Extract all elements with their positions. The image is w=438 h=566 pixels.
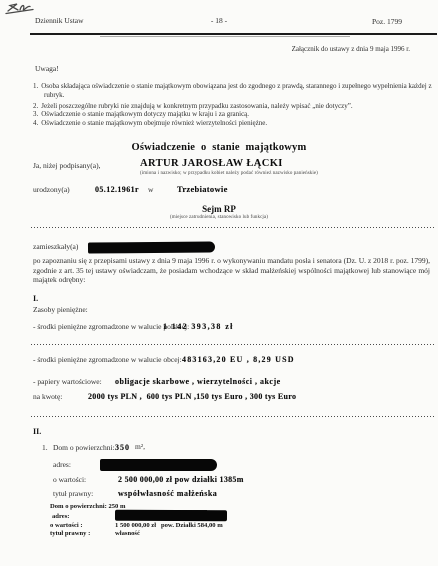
notice-item-number: 2. bbox=[33, 102, 38, 110]
foreign-funds-label: - środki pieniężne zgromadzone w walucie… bbox=[33, 356, 182, 365]
document-page: Dziennik Ustaw - 18 - Poz. 1799 Załączni… bbox=[0, 0, 438, 566]
house1-value-label: o wartości: bbox=[53, 476, 86, 485]
residence-label: zamieszkały(a) bbox=[33, 243, 78, 252]
house1-item-number: 1. bbox=[42, 444, 48, 453]
house2-label: Dom o powierzchni: 250 m bbox=[50, 503, 125, 511]
section-2-number: II. bbox=[33, 427, 41, 436]
house2-legal-title: własność bbox=[115, 530, 140, 538]
notice-item-text: Osoba składająca oświadczenie o stanie m… bbox=[41, 82, 431, 99]
dotted-separator bbox=[31, 344, 436, 346]
attachment-note: Załącznik do ustawy z dnia 9 maja 1996 r… bbox=[292, 45, 410, 53]
handwritten-mark-icon bbox=[5, 1, 39, 17]
securities-value: obligacje skarbowe , wierzytelności , ak… bbox=[115, 377, 281, 386]
foreign-funds-value: 483163,20 EU , 8,29 USD bbox=[182, 355, 295, 364]
notice-item-text: Oświadczenie o stanie majątkowym dotyczy… bbox=[41, 110, 249, 118]
house1-label: Dom o powierzchni: bbox=[53, 444, 115, 453]
dotted-separator bbox=[31, 416, 436, 418]
birth-place: Trzebiatowie bbox=[177, 185, 228, 195]
header-rule bbox=[30, 33, 437, 35]
name-caption: (imiona i nazwisko; w przypadku kobiet n… bbox=[140, 171, 318, 177]
declarant-name: ARTUR JAROSŁAW ŁĄCKI bbox=[140, 158, 283, 170]
notice-item: 4.Oświadczenie o stanie majątkowym obejm… bbox=[33, 119, 438, 128]
intro-label: Ja, niżej podpisany(a), bbox=[33, 162, 100, 171]
house2-legal-title-label: tytuł prawny : bbox=[50, 530, 90, 538]
section-1-number: I. bbox=[33, 294, 38, 303]
declaration-paragraph: po zapoznaniu się z przepisami ustawy z … bbox=[33, 256, 430, 285]
workplace-caption: (miejsce zatrudnienia, stanowisko lub fu… bbox=[0, 215, 438, 221]
house2-value-label: o wartości : bbox=[50, 522, 83, 530]
house2-address-label: adres: bbox=[52, 513, 69, 521]
document-title: Oświadczenie o stanie majątkowym bbox=[0, 142, 438, 154]
pln-funds-value: 1 142 393,38 zł bbox=[163, 322, 234, 331]
redaction-bar-house2-address bbox=[115, 510, 227, 522]
house1-area-unit: m², bbox=[135, 443, 145, 452]
notice-item-text: Jeżeli poszczególne rubryki nie znajdują… bbox=[41, 102, 352, 110]
header-rule-shadow bbox=[100, 36, 350, 37]
notice-item-text: Oświadczenie o stanie majątkowym obejmuj… bbox=[41, 119, 267, 127]
workplace: Sejm RP bbox=[0, 204, 438, 214]
notice-heading: Uwaga! bbox=[35, 65, 59, 74]
house1-address-label: adres: bbox=[53, 461, 71, 470]
section-1-heading: Zasoby pieniężne: bbox=[33, 306, 88, 315]
birth-date: 05.12.1961r bbox=[95, 185, 139, 194]
house2-label-text: Dom o powierzchni: bbox=[50, 503, 107, 510]
born-in-label: w bbox=[148, 186, 153, 195]
amount-label: na kwotę: bbox=[33, 393, 62, 402]
notice-item-number: 4. bbox=[33, 119, 38, 127]
house1-value: 2 500 000,00 zł pow działki 1385m bbox=[118, 475, 244, 484]
position-number: Poz. 1799 bbox=[372, 18, 402, 27]
house1-area: 350 bbox=[115, 443, 130, 452]
amount-value: 2000 tys PLN , 600 tys PLN ,150 tys Euro… bbox=[88, 392, 296, 401]
notice-item-number: 1. bbox=[33, 82, 38, 90]
house1-legal-title-label: tytuł prawny: bbox=[53, 490, 93, 499]
house2-value: 1 500 000,00 zł pow. Działki 584,00 m bbox=[115, 522, 223, 530]
born-label: urodzony(a) bbox=[33, 186, 70, 195]
redaction-bar-house1-address bbox=[100, 459, 217, 471]
notice-item-number: 3. bbox=[33, 110, 38, 118]
notice-item: 1.Osoba składająca oświadczenie o stanie… bbox=[33, 82, 438, 101]
redaction-bar-address bbox=[88, 241, 215, 253]
dotted-separator bbox=[31, 227, 436, 229]
house1-legal-title: współwłasność małżeńska bbox=[118, 489, 217, 498]
securities-label: - papiery wartościowe: bbox=[33, 378, 102, 387]
